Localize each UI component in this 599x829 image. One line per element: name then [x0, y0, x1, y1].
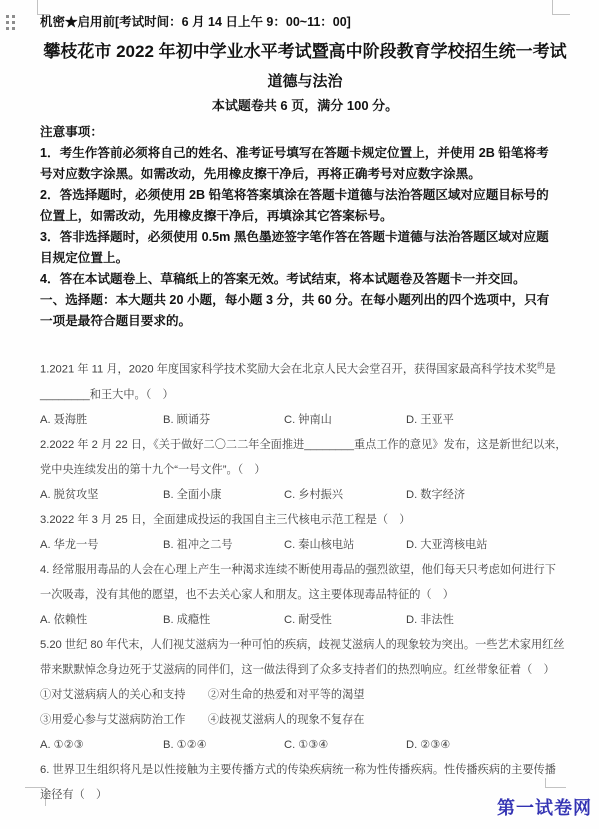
question-stem-line: 3.2022 年 3 月 25 日，全面建成投运的我国自主三代核电示范工程是（ …: [40, 508, 570, 533]
question-stem-line: 2.2022 年 2 月 22 日，《关于做好二〇二二年全面推进________…: [40, 433, 570, 458]
question-4: 4. 经常服用毒品的人会在心理上产生一种渴求连续不断使用毒品的强烈欲望，他们每天…: [40, 558, 570, 633]
option-a: A. 脱贫攻坚: [40, 483, 163, 508]
notice-line: 1．考生作答前必须将自己的姓名、准考证号填写在答题卡规定位置上，并使用 2B 铅…: [40, 143, 570, 164]
paper-info-line: 本试题卷共 6 页，满分 100 分。: [40, 97, 570, 115]
option-b: B. 顾诵芬: [163, 408, 284, 433]
options-row: A. 聂海胜 B. 顾诵芬 C. 钟南山 D. 王亚平: [40, 408, 570, 433]
drag-handle-dots-icon: [6, 15, 15, 30]
document-content: 机密★启用前[考试时间：6 月 14 日上午 9：00~11：00] 攀枝花市 …: [40, 13, 570, 808]
option-a: A. 华龙一号: [40, 533, 163, 558]
option-b: B. 成瘾性: [163, 608, 284, 633]
option-a: A. 依赖性: [40, 608, 163, 633]
question-stem-line: 4. 经常服用毒品的人会在心理上产生一种渴求连续不断使用毒品的强烈欲望，他们每天…: [40, 558, 570, 583]
section-intro-line: 一、选择题：本大题共 20 小题，每小题 3 分，共 60 分。在每小题列出的四…: [40, 290, 570, 311]
section-intro-line: 一项是最符合题目要求的。: [40, 311, 570, 332]
question-blank-line: ________和王大中。（ ）: [40, 383, 570, 408]
exam-paper-page: 机密★启用前[考试时间：6 月 14 日上午 9：00~11：00] 攀枝花市 …: [0, 0, 599, 829]
question-stem-line: 途径有（ ）: [40, 783, 570, 808]
option-d: D. ②③④: [406, 733, 570, 758]
secrecy-exam-time-line: 机密★启用前[考试时间：6 月 14 日上午 9：00~11：00]: [40, 13, 570, 32]
notice-line: 3．答非选择题时，必须使用 0.5m 黑色墨迹签字笔作答在答题卡道德与法治答题区…: [40, 227, 570, 248]
option-c: C. ①③④: [284, 733, 406, 758]
option-c: C. 耐受性: [284, 608, 406, 633]
exam-title: 攀枝花市 2022 年初中学业水平考试暨高中阶段教育学校招生统一考试: [40, 40, 570, 64]
option-d: D. 大亚湾核电站: [406, 533, 570, 558]
question-stem-line: 党中央连续发出的第十九个“一号文件”。（ ）: [40, 458, 570, 483]
stem-text: 是: [545, 364, 556, 376]
option-c: C. 秦山核电站: [284, 533, 406, 558]
question-stem-line: 6. 世界卫生组织将凡是以性接触为主要传播方式的传染疾病统一称为性传播疾病。性传…: [40, 758, 570, 783]
question-stem-line: 带来默默悼念身边死于艾滋病的同伴们，这一做法得到了众多支持者们的热烈响应。红丝带…: [40, 658, 570, 683]
options-row: A. 华龙一号 B. 祖冲之二号 C. 秦山核电站 D. 大亚湾核电站: [40, 533, 570, 558]
question-stem-line: 一次吸毒，没有其他的愿望，也不去关心家人和朋友。这主要体现毒品特征的（ ）: [40, 583, 570, 608]
option-a: A. ①②③: [40, 733, 163, 758]
notices-heading: 注意事项：: [40, 122, 570, 143]
options-row: A. 依赖性 B. 成瘾性 C. 耐受性 D. 非法性: [40, 608, 570, 633]
notice-line: 号对应数字涂黑。如需改动，先用橡皮擦干净后，再将正确考号对应数字涂黑。: [40, 164, 570, 185]
question-stem-line: 5.20 世纪 80 年代末，人们视艾滋病为一种可怕的疾病，歧视艾滋病人的现象较…: [40, 633, 570, 658]
footer-brand: 第一试卷网: [497, 794, 592, 820]
notice-line: 目规定位置上。: [40, 248, 570, 269]
option-d: D. 数字经济: [406, 483, 570, 508]
option-b: B. 祖冲之二号: [163, 533, 284, 558]
questions-block: 1.2021 年 11 月，2020 年度国家科学技术奖励大会在北京人民大会堂召…: [40, 353, 570, 808]
question-2: 2.2022 年 2 月 22 日，《关于做好二〇二二年全面推进________…: [40, 433, 570, 508]
option-a: A. 聂海胜: [40, 408, 163, 433]
option-b: B. ①②④: [163, 733, 284, 758]
notice-line: 2．答选择题时，必须使用 2B 铅笔将答案填涂在答题卡道德与法治答题区域对应题目…: [40, 185, 570, 206]
notices-block: 注意事项： 1．考生作答前必须将自己的姓名、准考证号填写在答题卡规定位置上，并使…: [40, 122, 570, 332]
question-1: 1.2021 年 11 月，2020 年度国家科学技术奖励大会在北京人民大会堂召…: [40, 353, 570, 433]
notice-line: 4．答在本试题卷上、草稿纸上的答案无效。考试结束，将本试题卷及答题卡一并交回。: [40, 269, 570, 290]
question-3: 3.2022 年 3 月 25 日，全面建成投运的我国自主三代核电示范工程是（ …: [40, 508, 570, 558]
option-c: C. 乡村振兴: [284, 483, 406, 508]
options-row: A. ①②③ B. ①②④ C. ①③④ D. ②③④: [40, 733, 570, 758]
notice-line: 位置上，如需改动，先用橡皮擦干净后，再填涂其它答案标号。: [40, 206, 570, 227]
option-c: C. 钟南山: [284, 408, 406, 433]
options-row: A. 脱贫攻坚 B. 全面小康 C. 乡村振兴 D. 数字经济: [40, 483, 570, 508]
option-d: D. 非法性: [406, 608, 570, 633]
option-b: B. 全面小康: [163, 483, 284, 508]
option-d: D. 王亚平: [406, 408, 570, 433]
question-5: 5.20 世纪 80 年代末，人们视艾滋病为一种可怕的疾病，歧视艾滋病人的现象较…: [40, 633, 570, 758]
question-6: 6. 世界卫生组织将凡是以性接触为主要传播方式的传染疾病统一称为性传播疾病。性传…: [40, 758, 570, 808]
superscript-char: 的: [537, 361, 545, 370]
question-subitem-line: ①对艾滋病病人的关心和支持 ②对生命的热爱和对平等的渴望: [40, 683, 570, 708]
stem-text: 1.2021 年 11 月，2020 年度国家科学技术奖励大会在北京人民大会堂召…: [40, 364, 537, 376]
subject-title: 道德与法治: [40, 72, 570, 92]
question-stem-line: 1.2021 年 11 月，2020 年度国家科学技术奖励大会在北京人民大会堂召…: [40, 353, 570, 383]
question-subitem-line: ③用爱心参与艾滋病防治工作 ④歧视艾滋病人的现象不复存在: [40, 708, 570, 733]
